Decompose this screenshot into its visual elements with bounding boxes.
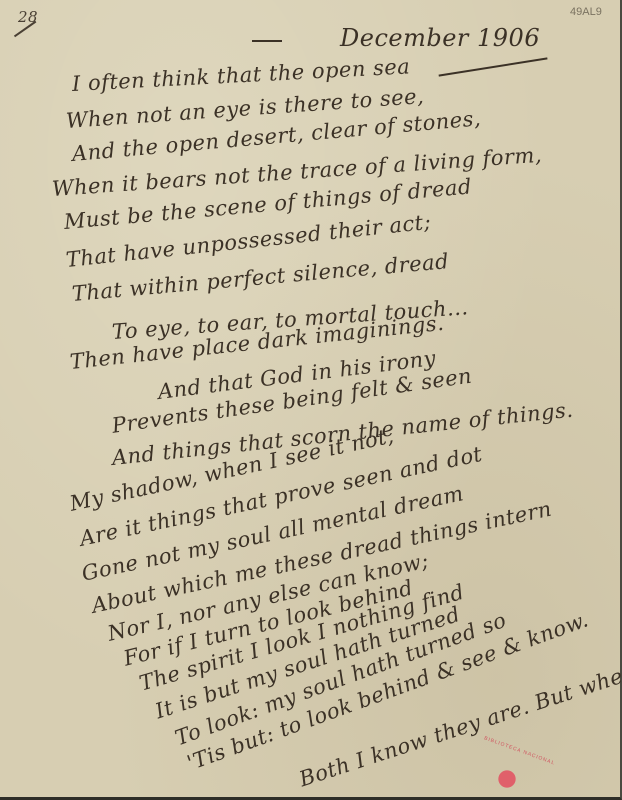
library-stamp-seal (490, 762, 524, 796)
folio-number: 28 (18, 8, 38, 26)
archive-mark: 49AL9 (570, 6, 602, 18)
manuscript-page: 28 49AL9 December 1906 I often think tha… (0, 0, 622, 800)
heading-date: December 1906 (340, 24, 540, 52)
library-stamp-text: BIBLIOTECA NACIONAL (483, 735, 556, 766)
date-underline (439, 57, 548, 76)
heading-dash (252, 40, 282, 42)
